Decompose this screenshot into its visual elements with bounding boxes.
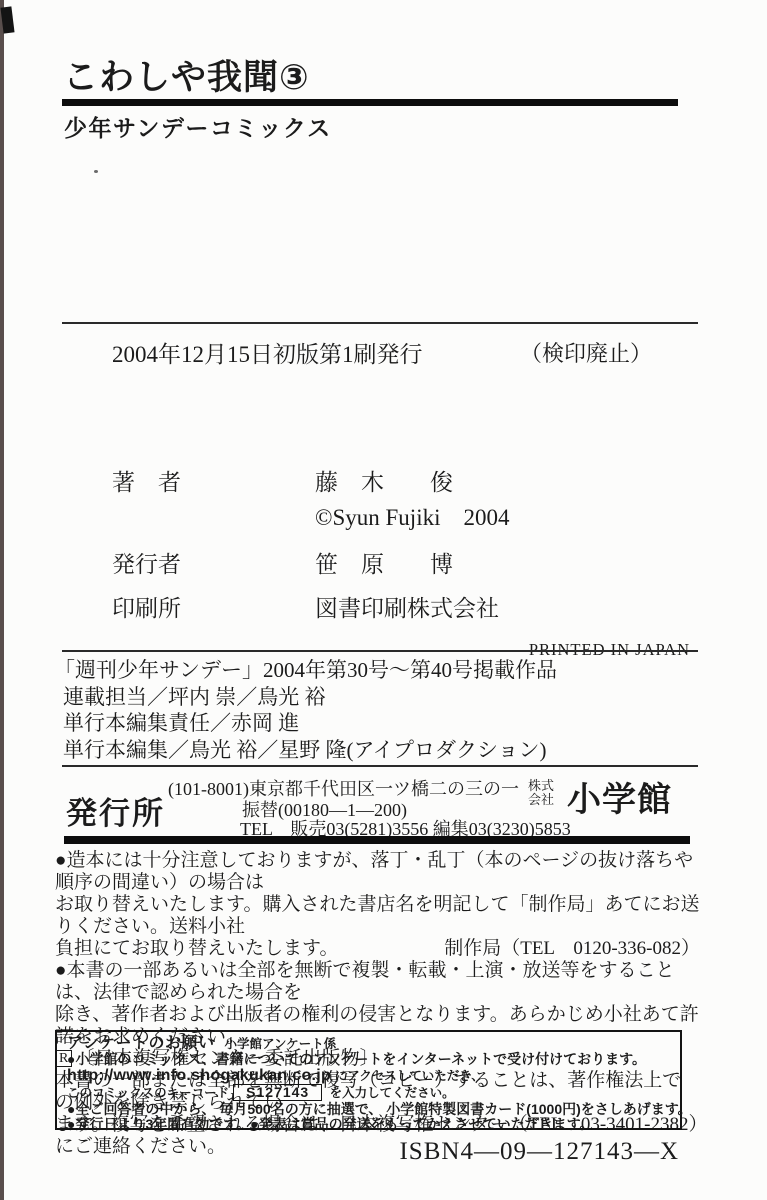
edition-date: 2004年12月15日初版第1刷発行 <box>112 336 423 369</box>
serialization-top-rule <box>62 650 698 652</box>
scan-left-edge-artifact <box>0 0 4 1200</box>
author-label: 著 者 <box>112 464 181 497</box>
edition-top-rule <box>62 322 698 324</box>
scan-dot-artifact <box>94 170 98 173</box>
serialization-line: 単行本編集／鳥光 裕／星野 隆(アイプロダクション) <box>54 737 557 764</box>
comic-keycode: S127143 <box>233 1084 322 1101</box>
scan-corner-mark <box>0 6 14 33</box>
serialization-block: 「週刊少年サンデー」2004年第30号～第40号掲載作品 連載担当／坪内 崇／鳥… <box>54 657 557 763</box>
publisher-label: 発行者 <box>112 546 181 579</box>
survey-url-line: http://www.info.shogakukan.co.jp にアクセスして… <box>67 1068 670 1084</box>
book-title: こわしや我聞③ <box>63 50 310 100</box>
author-name: 藤 木 俊 <box>315 464 453 497</box>
printer-name: 図書印刷株式会社 <box>315 590 499 623</box>
binding-notice-line: 負担にてお取り替えいたします。 制作局（TEL 0120-336-082） <box>55 938 700 960</box>
inspection-stamp-note: （検印廃止） <box>520 337 652 368</box>
title-underline-rule <box>62 99 678 106</box>
company-type: 株式 会社 <box>528 779 554 807</box>
survey-keycode-line: このコミックスのキーコードS127143 を入力してください。 <box>67 1084 670 1101</box>
survey-prize-line: ●全ご回答者の中から、 毎月500名の方に抽選で、 小学館特製図書カード(100… <box>67 1102 670 1117</box>
survey-dept: 小学館アンケート係 <box>225 1037 337 1051</box>
copyright-notice-line: ●本書の一部あるいは全部を無断で複製・転載・上演・放送等をすることは、法律で認め… <box>55 960 700 1004</box>
printer-label: 印刷所 <box>112 590 181 623</box>
publishing-office-label: 発行所 <box>66 788 165 833</box>
survey-title: アンケートのお願い <box>67 1035 215 1052</box>
isbn-number: ISBN4—09—127143—X <box>399 1138 679 1166</box>
binding-notice-line: お取り替えいたします。購入された書店名を明記して「制作局」あてにお送りください。… <box>55 894 700 938</box>
survey-validity-line: ●発行日より3年間有効です。●発表は賞品の発送をもってかえさせていただきます。 <box>67 1117 670 1132</box>
colophon-page: こわしや我聞③ 少年サンデーコミックス 2004年12月15日初版第1刷発行 （… <box>0 0 767 1200</box>
copyright-line: ©Syun Fujiki 2004 <box>315 499 509 532</box>
production-bureau-tel: 制作局（TEL 0120-336-082） <box>444 938 700 960</box>
publisher-name: 笹 原 博 <box>315 546 453 579</box>
survey-request-box: アンケートのお願い小学館アンケート係 ●小学館のコミックス、書籍についてのアンケ… <box>55 1030 682 1130</box>
series-name: 少年サンデーコミックス <box>64 110 332 143</box>
survey-url: http://www.info.shogakukan.co.jp <box>67 1067 331 1084</box>
serialization-bottom-rule <box>62 765 698 767</box>
publisher-logo-text: 小学館 <box>567 772 672 821</box>
serialization-line: 連載担当／坪内 崇／鳥光 裕 <box>54 684 557 711</box>
survey-header: アンケートのお願い小学館アンケート係 <box>67 1036 670 1052</box>
office-bottom-rule <box>64 836 690 844</box>
binding-notice-line: ●造本には十分注意しておりますが、落丁・乱丁（本のページの抜け落ちや順序の間違い… <box>55 850 700 894</box>
serialization-line: 「週刊少年サンデー」2004年第30号～第40号掲載作品 <box>54 657 557 684</box>
survey-internet-line: ●小学館のコミックス、書籍についてのアンケートをインターネットで受け付けておりま… <box>67 1052 670 1067</box>
serialization-line: 単行本編集責任／赤岡 進 <box>54 710 557 737</box>
